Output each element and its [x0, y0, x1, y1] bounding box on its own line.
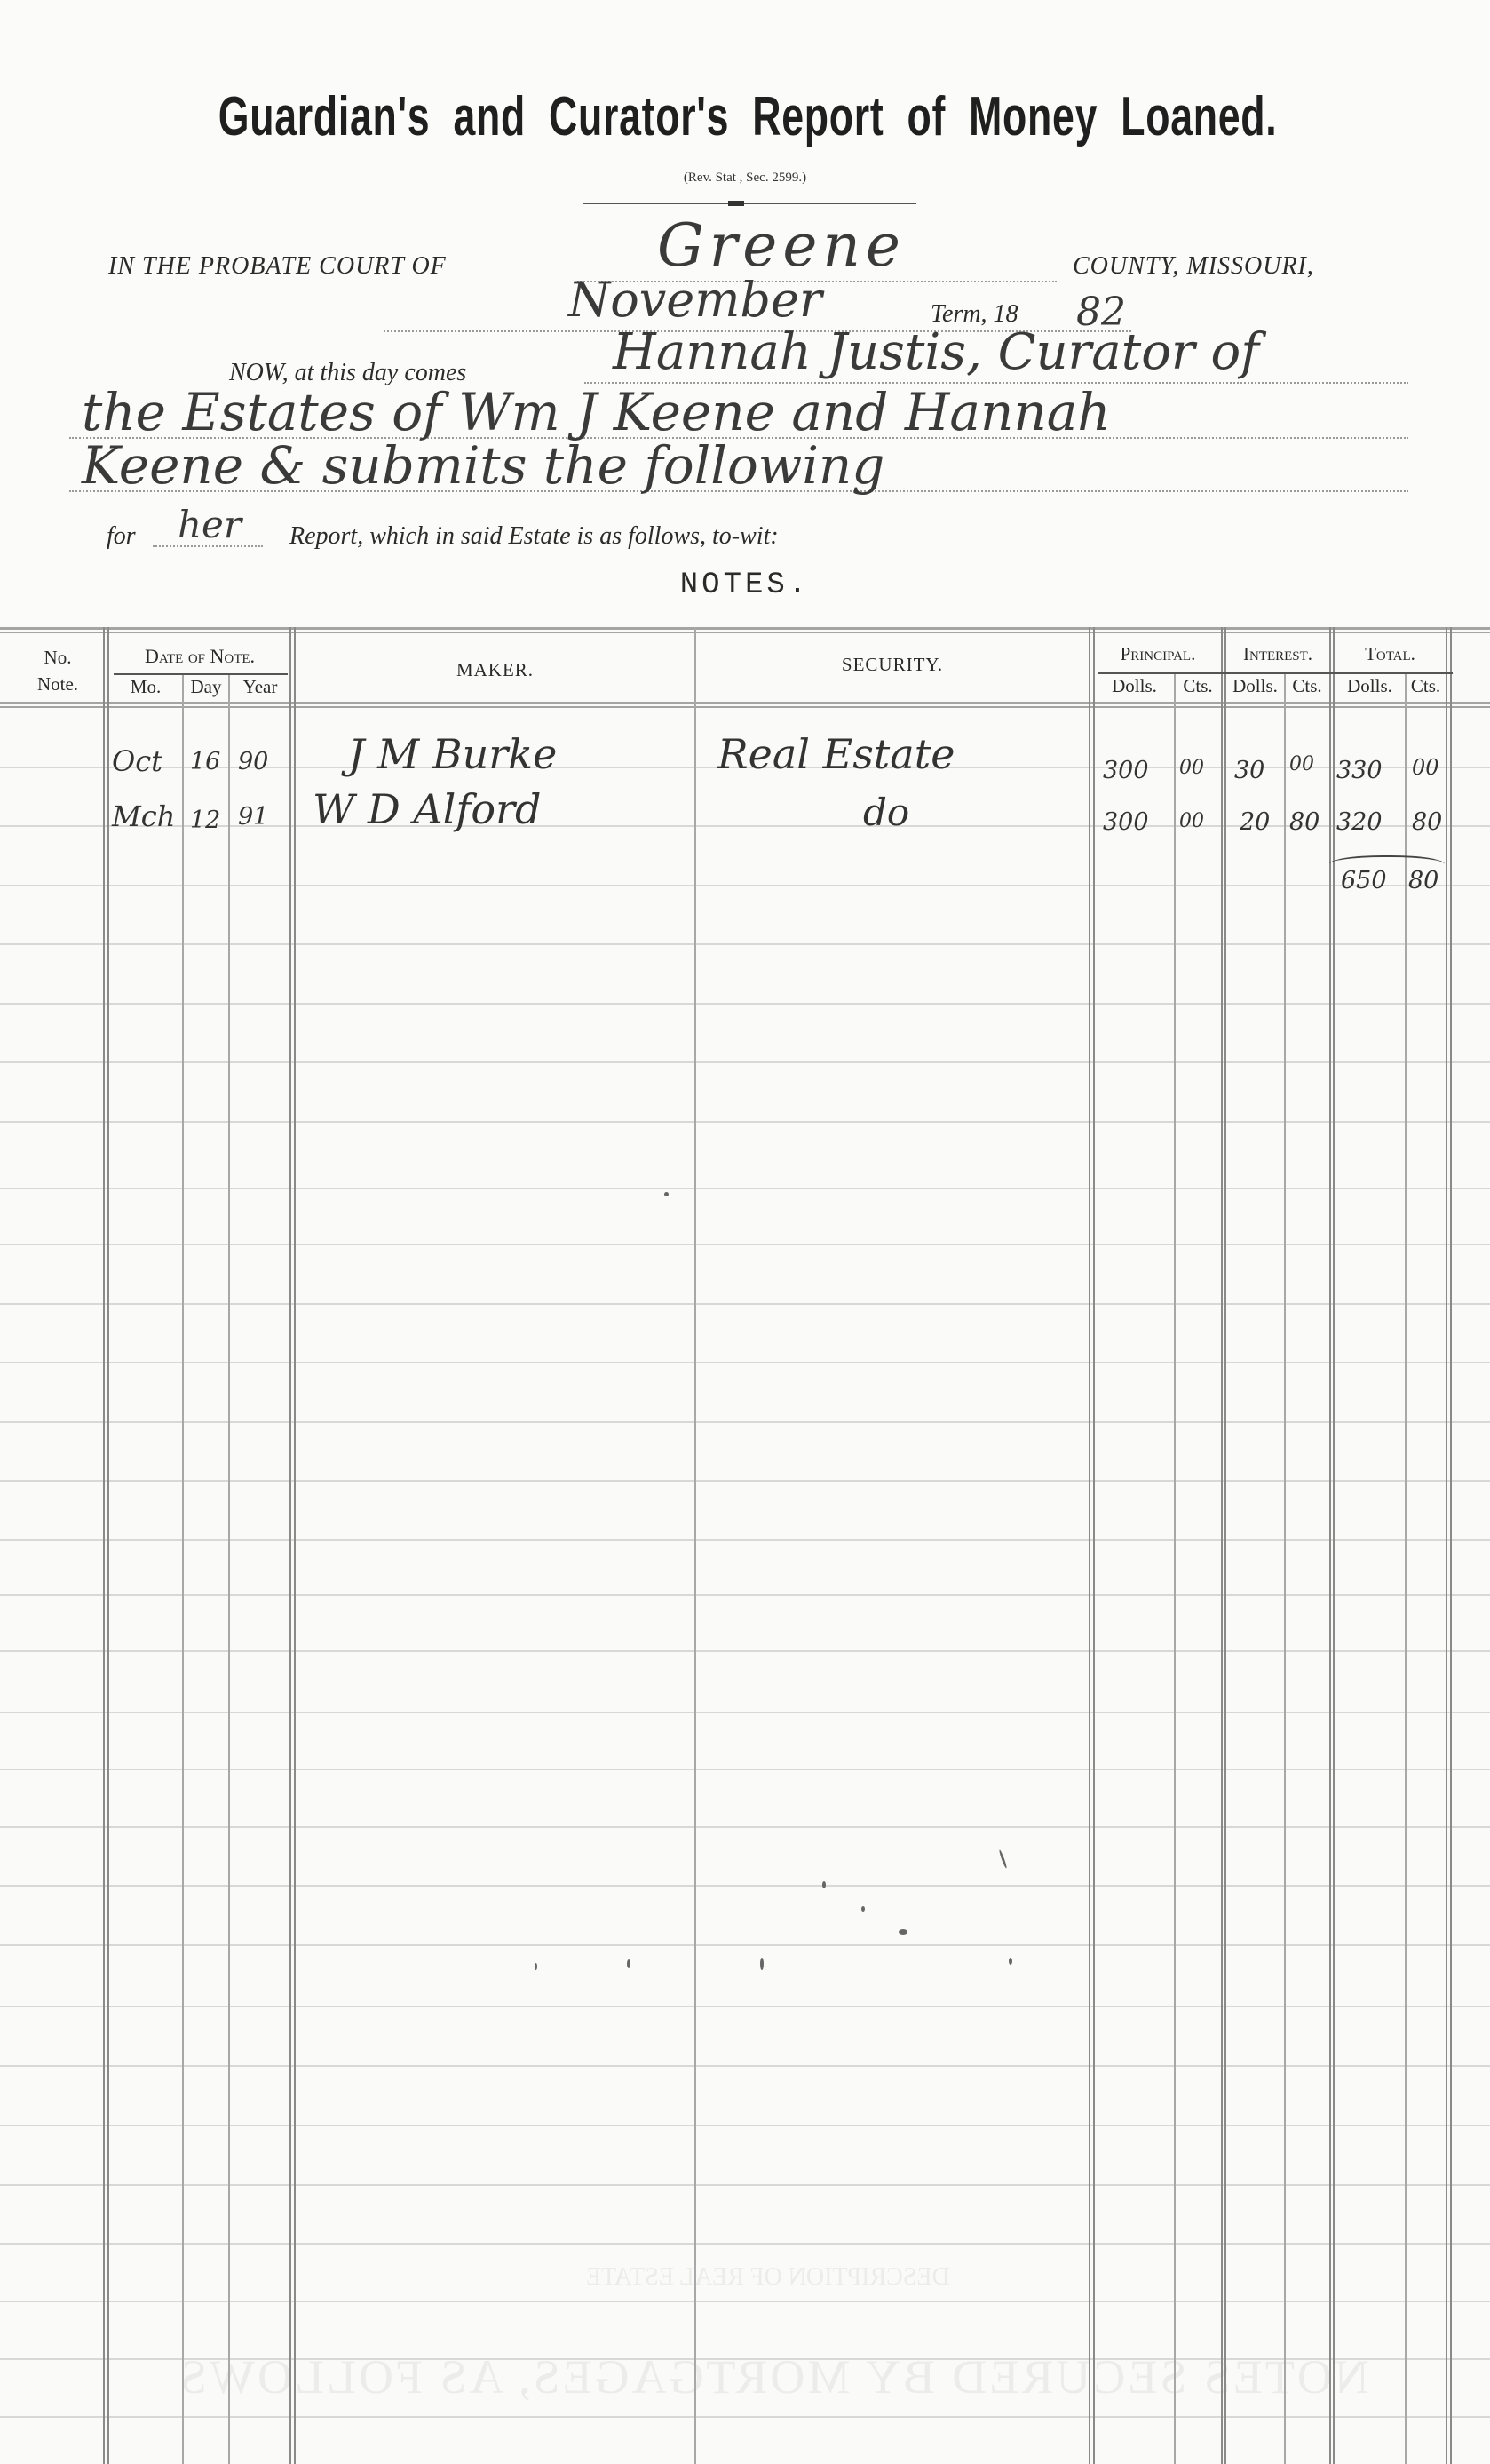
header-bottom-rule	[0, 702, 1490, 704]
header-total-cts: Cts.	[1406, 675, 1446, 697]
comes-handwritten-1: Hannah Justis, Curator of	[613, 323, 1259, 381]
row2-interest-cts: 80	[1289, 808, 1320, 836]
comes-handwritten-2: the Estates of Wm J Keene and Hannah	[82, 382, 1111, 442]
row2-total-cts: 80	[1412, 808, 1442, 836]
document-title: Guardian's and Curator's Report of Money…	[211, 85, 1284, 148]
comes-handwritten-3: Keene & submits the following	[82, 435, 884, 496]
table-top-rule-2	[0, 632, 1490, 633]
row1-principal-dolls: 300	[1103, 757, 1149, 784]
row1-maker: J M Burke	[348, 730, 557, 778]
row1-security: Real Estate	[717, 730, 955, 778]
header-security: SECURITY.	[696, 654, 1089, 676]
row1-total-dolls: 330	[1336, 757, 1383, 784]
statute-reference: (Rev. Stat , Sec. 2599.)	[0, 171, 1490, 186]
row2-maker: W D Alford	[313, 785, 542, 833]
row2-security: do	[863, 791, 909, 834]
for-handwritten: her	[178, 503, 242, 546]
table-top-rule	[0, 627, 1490, 630]
row2-day: 12	[190, 807, 220, 834]
header-interest: Interest.	[1226, 643, 1329, 665]
header-note: Note.	[18, 673, 98, 695]
row2-interest-dolls: 20	[1240, 808, 1270, 836]
header-no: No.	[18, 647, 98, 669]
row2-principal-cts: 00	[1179, 810, 1204, 832]
for-prefix: for	[107, 522, 136, 551]
row1-total-cts: 00	[1412, 755, 1439, 780]
row1-interest-dolls: 30	[1234, 757, 1264, 784]
row2-principal-dolls: 300	[1103, 808, 1149, 836]
row1-principal-cts: 00	[1179, 757, 1204, 779]
row1-month: Oct	[112, 744, 162, 778]
header-total-dolls: Dolls.	[1335, 675, 1405, 697]
header-principal: Principal.	[1095, 643, 1221, 665]
row1-day: 16	[190, 748, 220, 775]
header-day: Day	[184, 676, 228, 698]
row2-total-dolls: 320	[1336, 808, 1383, 836]
total-sum-bracket	[1329, 855, 1445, 866]
county-handwritten: Greene	[657, 211, 906, 280]
header-principal-dolls: Dolls.	[1095, 675, 1174, 697]
header-month: Mo.	[110, 676, 181, 698]
notes-heading: NOTES.	[0, 568, 1490, 602]
header-maker: MAKER.	[296, 659, 694, 681]
court-prefix: IN THE PROBATE COURT OF	[108, 252, 447, 281]
header-year: Year	[230, 676, 290, 698]
bleed-through-text-1: DESCRIPTION OF REAL ESTATE	[586, 2263, 950, 2292]
row2-month: Mch	[112, 799, 175, 833]
header-interest-dolls: Dolls.	[1226, 675, 1284, 697]
header-interest-cts: Cts.	[1285, 675, 1329, 697]
header-principal-cts: Cts.	[1175, 675, 1221, 697]
date-of-note-underline	[114, 673, 288, 675]
grand-total-dolls: 650	[1341, 867, 1387, 894]
header-date-of-note: Date of Note.	[110, 645, 289, 668]
court-suffix: COUNTY, MISSOURI,	[1073, 252, 1314, 281]
grand-total-cts: 80	[1408, 867, 1438, 894]
term-month-handwritten: November	[568, 272, 822, 328]
header-bottom-rule-2	[0, 706, 1490, 708]
header-total: Total.	[1335, 643, 1446, 665]
amounts-underline	[1098, 672, 1453, 674]
row1-interest-cts: 00	[1289, 753, 1314, 775]
title-divider	[583, 203, 916, 204]
row1-year: 90	[238, 748, 268, 775]
for-suffix: Report, which in said Estate is as follo…	[289, 522, 779, 551]
title-divider-ornament	[728, 201, 744, 206]
row2-year: 91	[238, 803, 268, 831]
